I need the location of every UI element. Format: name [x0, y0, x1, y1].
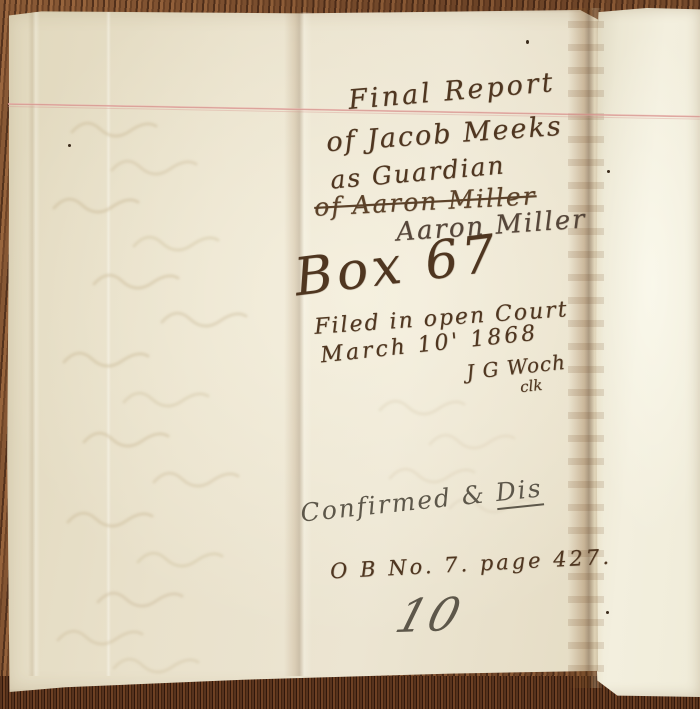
ink-speck — [68, 144, 71, 147]
photo-scene: Final Report of Jacob Meeks as Guardian … — [0, 0, 700, 709]
clerk-title: clk — [519, 376, 543, 396]
ink-speck — [607, 170, 610, 173]
ink-speck — [526, 40, 529, 44]
right-page-leaf — [582, 8, 700, 697]
ink-speck — [606, 611, 609, 614]
confirmed-underlined-word: Dis — [494, 473, 544, 510]
